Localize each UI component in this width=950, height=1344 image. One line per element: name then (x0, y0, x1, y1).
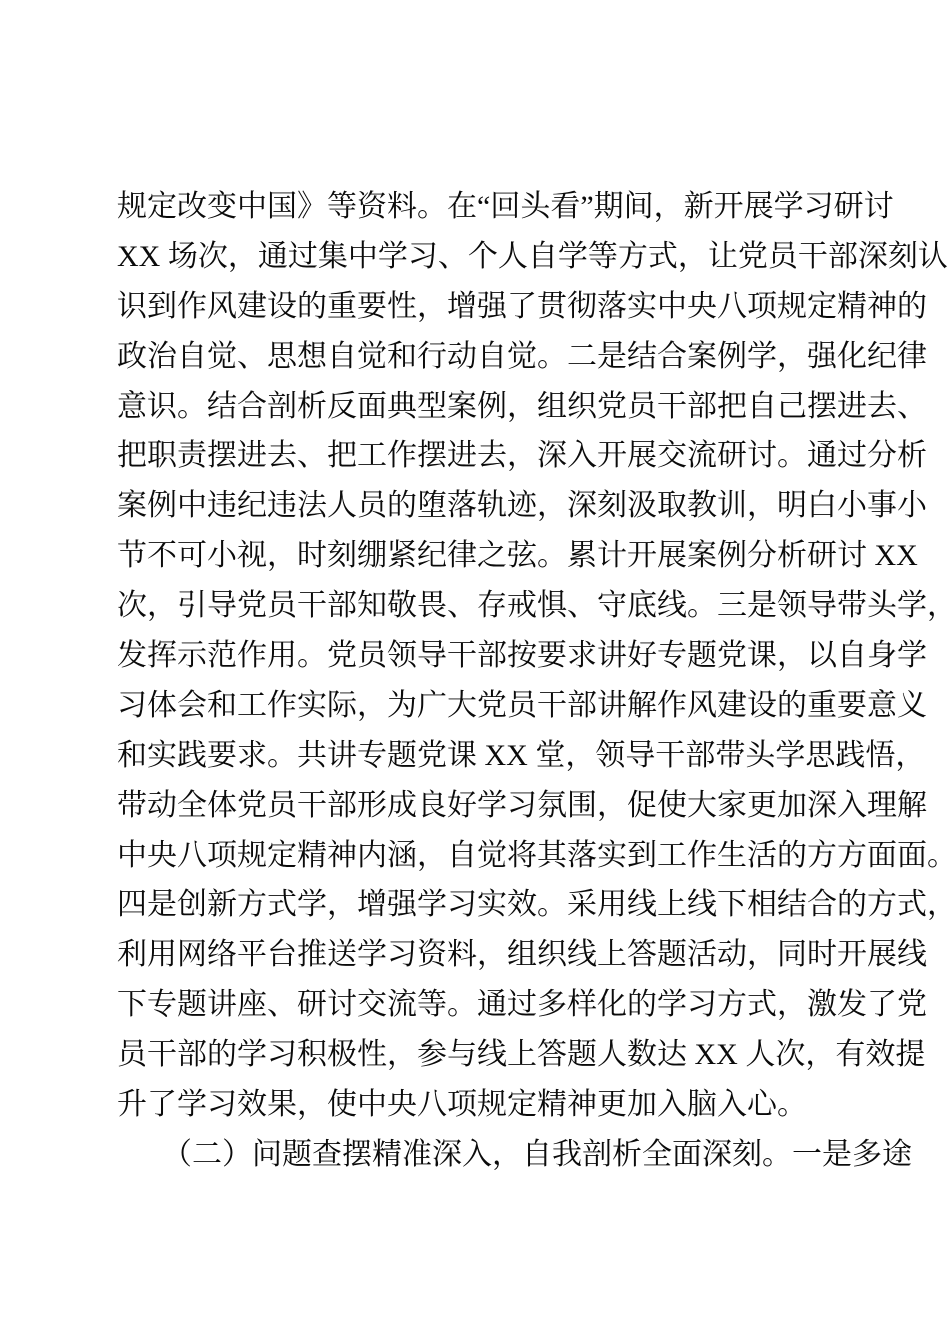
text-line: 下专题讲座、研讨交流等。通过多样化的学习方式，激发了党 (117, 980, 864, 1030)
text-line: 次，引导党员干部知敬畏、存戒惧、守底线。三是领导带头学， (117, 581, 864, 631)
text-line: 利用网络平台推送学习资料，组织线上答题活动，同时开展线 (117, 930, 864, 980)
text-line: 习体会和工作实际，为广大党员干部讲解作风建设的重要意义 (117, 681, 864, 731)
text-line: XX 场次，通过集中学习、个人自学等方式，让党员干部深刻认 (117, 232, 864, 282)
document-text-block: 规定改变中国》等资料。在“回头看”期间，新开展学习研讨 XX 场次，通过集中学习… (117, 182, 864, 1180)
text-line: 中央八项规定精神内涵，自觉将其落实到工作生活的方方面面。 (117, 831, 864, 881)
text-line: 把职责摆进去、把工作摆进去，深入开展交流研讨。通过分析 (117, 431, 864, 481)
text-line: 识到作风建设的重要性，增强了贯彻落实中央八项规定精神的 (117, 282, 864, 332)
text-line: 发挥示范作用。党员领导干部按要求讲好专题党课，以自身学 (117, 631, 864, 681)
text-line: 四是创新方式学，增强学习实效。采用线上线下相结合的方式， (117, 880, 864, 930)
text-line-paragraph-end: 升了学习效果，使中央八项规定精神更加入脑入心。 (117, 1080, 864, 1130)
text-line: 员干部的学习积极性，参与线上答题人数达 XX 人次，有效提 (117, 1030, 864, 1080)
text-line: 政治自觉、思想自觉和行动自觉。二是结合案例学，强化纪律 (117, 332, 864, 382)
text-line: 和实践要求。共讲专题党课 XX 堂，领导干部带头学思践悟， (117, 731, 864, 781)
text-line: 带动全体党员干部形成良好学习氛围，促使大家更加深入理解 (117, 781, 864, 831)
document-page: 规定改变中国》等资料。在“回头看”期间，新开展学习研讨 XX 场次，通过集中学习… (0, 0, 950, 1344)
text-line: 案例中违纪违法人员的堕落轨迹，深刻汲取教训，明白小事小 (117, 481, 864, 531)
text-line-new-paragraph: （二）问题查摆精准深入，自我剖析全面深刻。一是多途 (117, 1130, 864, 1180)
text-line: 规定改变中国》等资料。在“回头看”期间，新开展学习研讨 (117, 182, 864, 232)
text-line: 节不可小视，时刻绷紧纪律之弦。累计开展案例分析研讨 XX (117, 531, 864, 581)
text-line: 意识。结合剖析反面典型案例，组织党员干部把自己摆进去、 (117, 382, 864, 432)
